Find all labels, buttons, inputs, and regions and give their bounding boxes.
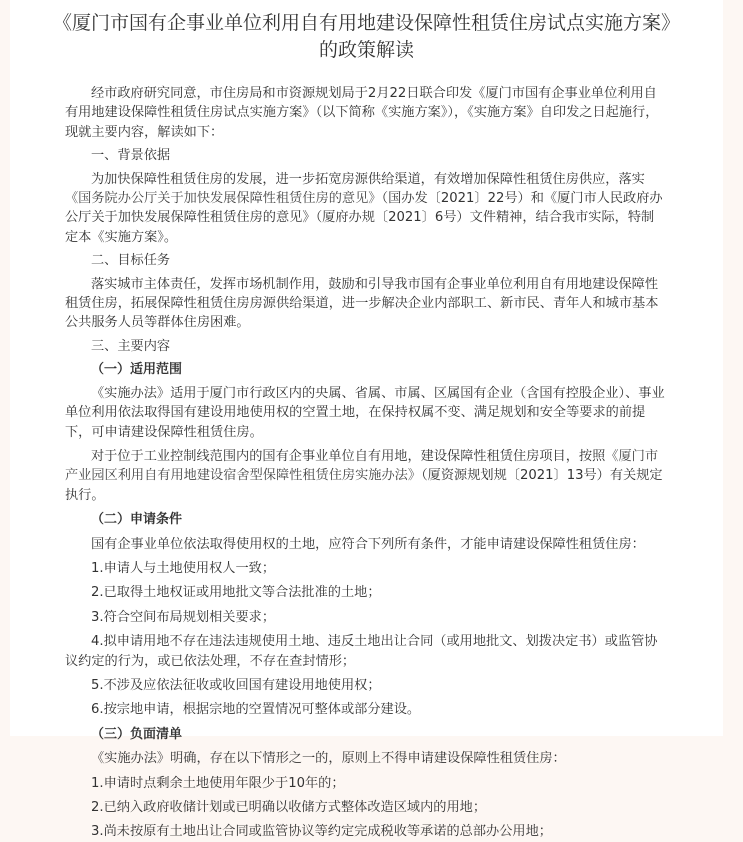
conditions-lead: 国有企事业单位依法取得使用权的土地，应符合下列所有条件，才能申请建设保障性租赁住… (65, 535, 665, 554)
section-heading-goals: 二、目标任务 (65, 251, 665, 270)
document-page: 《厦门市国有企事业单位利用自有用地建设保障性租赁住房试点实施方案》 的政策解读 … (10, 0, 723, 736)
subsection-heading-conditions: （二）申请条件 (65, 510, 665, 529)
section-heading-background: 一、背景依据 (65, 146, 665, 165)
condition-item-5: 5.不涉及应依法征收或收回国有建设用地使用权； (65, 676, 665, 695)
section-heading-main-content: 三、主要内容 (65, 337, 665, 356)
scope-text-before: 对于位于工业控制线范围内的国有企事业单位自有用地，建设保障性租赁住房项目，按照 (91, 449, 605, 464)
document-body: 经市政府研究同意，市住房局和市资源规划局于2月22日联合印发《厦门市国有企事业单… (65, 84, 665, 736)
state-council-opinion-link[interactable]: 《国务院办公厅关于加快发展保障性租赁住房的意见》 (65, 191, 382, 206)
title-line-2: 的政策解读 (10, 37, 723, 64)
background-paragraph: 为加快保障性租赁住房的发展，进一步拓宽房源供给渠道，有效增加保障性租赁住房供应，… (65, 170, 665, 248)
condition-item-2: 2.已取得土地权证或用地批文等合法批准的土地； (65, 583, 665, 602)
background-text-before: 为加快保障性租赁住房的发展，进一步拓宽房源供给渠道，有效增加保障性租赁住房供应，… (91, 172, 645, 187)
goals-paragraph: 落实城市主体责任，发挥市场机制作用，鼓励和引导我市国有企事业单位利用自有用地建设… (65, 275, 665, 333)
condition-item-3: 3.符合空间布局规划相关要求； (65, 608, 665, 627)
intro-paragraph: 经市政府研究同意，市住房局和市资源规划局于2月22日联合印发《厦门市国有企事业单… (65, 84, 665, 142)
condition-item-6: 6.按宗地申请，根据宗地的空置情况可整体或部分建设。 (65, 700, 665, 719)
condition-item-4: 4.拟申请用地不存在违法违规使用土地、违反土地出让合同（或用地批文、划拨决定书）… (65, 632, 665, 671)
title-line-1: 《厦门市国有企事业单位利用自有用地建设保障性租赁住房试点实施方案》 (10, 10, 723, 37)
subsection-heading-negative-list: （三）负面清单 (65, 725, 665, 736)
subsection-heading-scope: （一）适用范围 (65, 360, 665, 379)
document-title: 《厦门市国有企事业单位利用自有用地建设保障性租赁住房试点实施方案》 的政策解读 (10, 10, 723, 64)
scope-paragraph-2: 对于位于工业控制线范围内的国有企事业单位自有用地，建设保障性租赁住房项目，按照《… (65, 447, 665, 505)
condition-item-1: 1.申请人与土地使用权人一致； (65, 559, 665, 578)
scope-paragraph-1: 《实施办法》适用于厦门市行政区内的央属、省属、市属、区属国有企业（含国有控股企业… (65, 384, 665, 442)
